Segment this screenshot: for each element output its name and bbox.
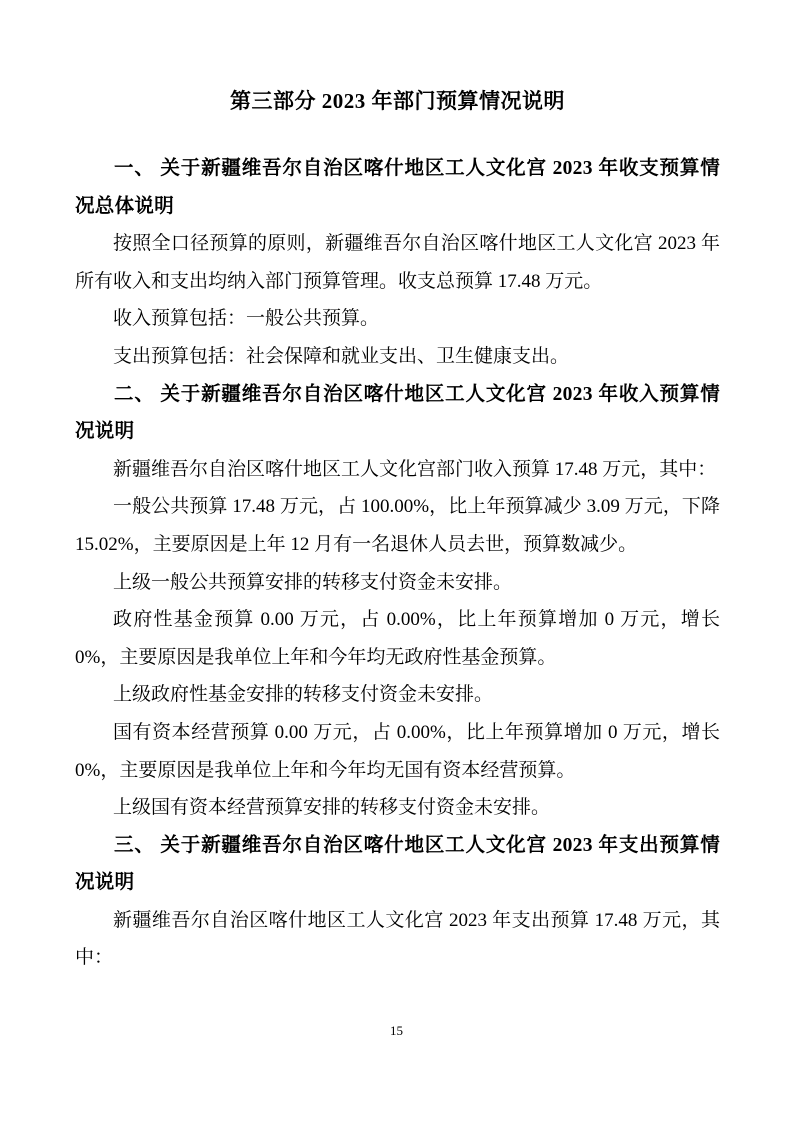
paragraph-transfer-general: 上级一般公共预算安排的转移支付资金未安排。 — [75, 564, 720, 602]
paragraph-income-total: 新疆维吾尔自治区喀什地区工人文化宫部门收入预算 17.48 万元，其中： — [75, 451, 720, 489]
paragraph-expense-includes: 支出预算包括：社会保障和就业支出、卫生健康支出。 — [75, 338, 720, 376]
paragraph-gov-fund-budget: 政府性基金预算 0.00 万元，占 0.00%，比上年预算增加 0 万元，增长 … — [75, 601, 720, 676]
paragraph-general-public-budget: 一般公共预算 17.48 万元，占 100.00%，比上年预算减少 3.09 万… — [75, 488, 720, 563]
paragraph-transfer-gov-fund: 上级政府性基金安排的转移支付资金未安排。 — [75, 676, 720, 714]
section-3-heading: 三、 关于新疆维吾尔自治区喀什地区工人文化宫 2023 年支出预算情况说明 — [75, 827, 720, 902]
paragraph-income-includes: 收入预算包括：一般公共预算。 — [75, 300, 720, 338]
paragraph-expense-total: 新疆维吾尔自治区喀什地区工人文化宫 2023 年支出预算 17.48 万元，其中… — [75, 902, 720, 977]
paragraph-state-capital-budget: 国有资本经营预算 0.00 万元，占 0.00%，比上年预算增加 0 万元，增长… — [75, 714, 720, 789]
document-title: 第三部分 2023 年部门预算情况说明 — [75, 86, 720, 116]
document-page: 第三部分 2023 年部门预算情况说明 一、 关于新疆维吾尔自治区喀什地区工人文… — [0, 0, 793, 1122]
paragraph-transfer-state-capital: 上级国有资本经营预算安排的转移支付资金未安排。 — [75, 789, 720, 827]
page-number: 15 — [0, 1022, 793, 1040]
section-1-heading: 一、 关于新疆维吾尔自治区喀什地区工人文化宫 2023 年收支预算情况总体说明 — [75, 150, 720, 225]
paragraph-overall-budget: 按照全口径预算的原则，新疆维吾尔自治区喀什地区工人文化宫 2023 年所有收入和… — [75, 225, 720, 300]
section-2-heading: 二、 关于新疆维吾尔自治区喀什地区工人文化宫 2023 年收入预算情况说明 — [75, 376, 720, 451]
